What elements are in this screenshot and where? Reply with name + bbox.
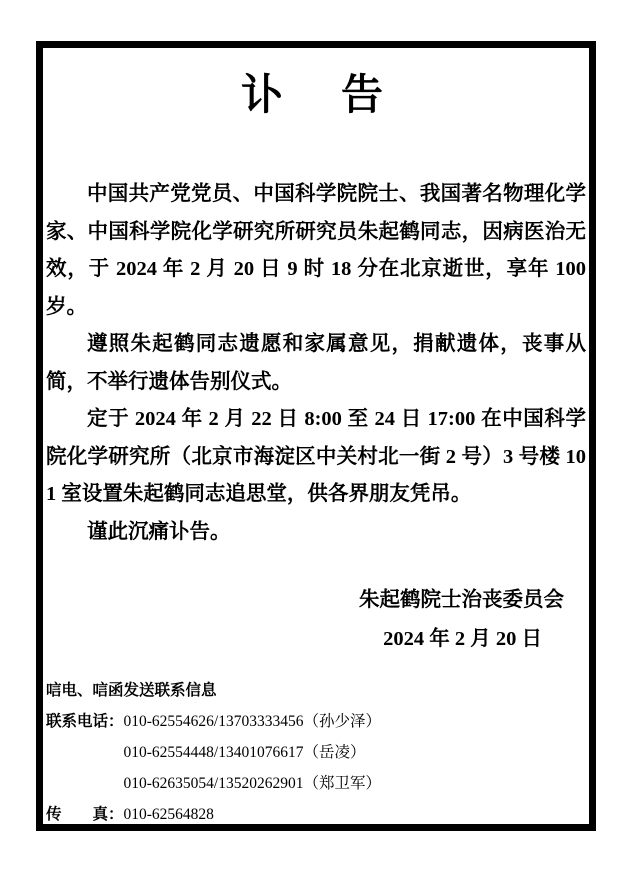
- contact-section: 唁电、唁函发送联系信息 联系电话： 010-62554626/137033334…: [46, 675, 586, 831]
- contact-row-fax: 传 真： 010-62564828: [46, 799, 586, 830]
- contact-value-fax: 010-62564828: [124, 799, 214, 830]
- contact-row-phone-2: 010-62554448/13401076617（岳凌）: [46, 737, 586, 768]
- contact-value-email: rjc@iccas.ac.cn，zhengwj@iccas.ac.cn: [124, 830, 371, 831]
- obituary-page: 讣 告 中国共产党党员、中国科学院院士、我国著名物理化学家、中国科学院化学研究所…: [0, 0, 634, 888]
- signature-committee-name: 朱起鹤院士治丧委员会: [46, 581, 586, 620]
- contact-label-empty: [46, 768, 124, 799]
- contact-row-phone-1: 联系电话： 010-62554626/13703333456（孙少泽）: [46, 706, 586, 737]
- contact-value-phone-1: 010-62554626/13703333456（孙少泽）: [124, 706, 381, 737]
- body-paragraph-memorial-arrangement: 定于 2024 年 2 月 22 日 8:00 至 24 日 17:00 在中国…: [46, 401, 586, 514]
- signature-block: 朱起鹤院士治丧委员会 2024 年 2 月 20 日: [46, 581, 586, 659]
- signature-date: 2024 年 2 月 20 日: [46, 620, 586, 659]
- body-paragraph-wishes: 遵照朱起鹤同志遗愿和家属意见，捐献遗体，丧事从简，不举行遗体告别仪式。: [46, 326, 586, 401]
- document-body: 中国共产党党员、中国科学院院士、我国著名物理化学家、中国科学院化学研究所研究员朱…: [46, 176, 586, 551]
- document-title: 讣 告: [46, 72, 586, 118]
- document-frame-border: 讣 告 中国共产党党员、中国科学院院士、我国著名物理化学家、中国科学院化学研究所…: [36, 41, 596, 831]
- contact-label-phone: 联系电话：: [46, 706, 124, 737]
- contact-heading: 唁电、唁函发送联系信息: [46, 675, 586, 706]
- contact-row-phone-3: 010-62635054/13520262901（郑卫军）: [46, 768, 586, 799]
- contact-row-email: 电子邮件： rjc@iccas.ac.cn，zhengwj@iccas.ac.c…: [46, 830, 586, 831]
- contact-value-phone-2: 010-62554448/13401076617（岳凌）: [124, 737, 366, 768]
- contact-label-empty: [46, 737, 124, 768]
- contact-label-email: 电子邮件：: [46, 830, 124, 831]
- body-paragraph-closing: 谨此沉痛讣告。: [46, 514, 586, 552]
- body-paragraph-death-notice: 中国共产党党员、中国科学院院士、我国著名物理化学家、中国科学院化学研究所研究员朱…: [46, 176, 586, 326]
- contact-label-fax: 传 真：: [46, 799, 124, 830]
- contact-value-phone-3: 010-62635054/13520262901（郑卫军）: [124, 768, 381, 799]
